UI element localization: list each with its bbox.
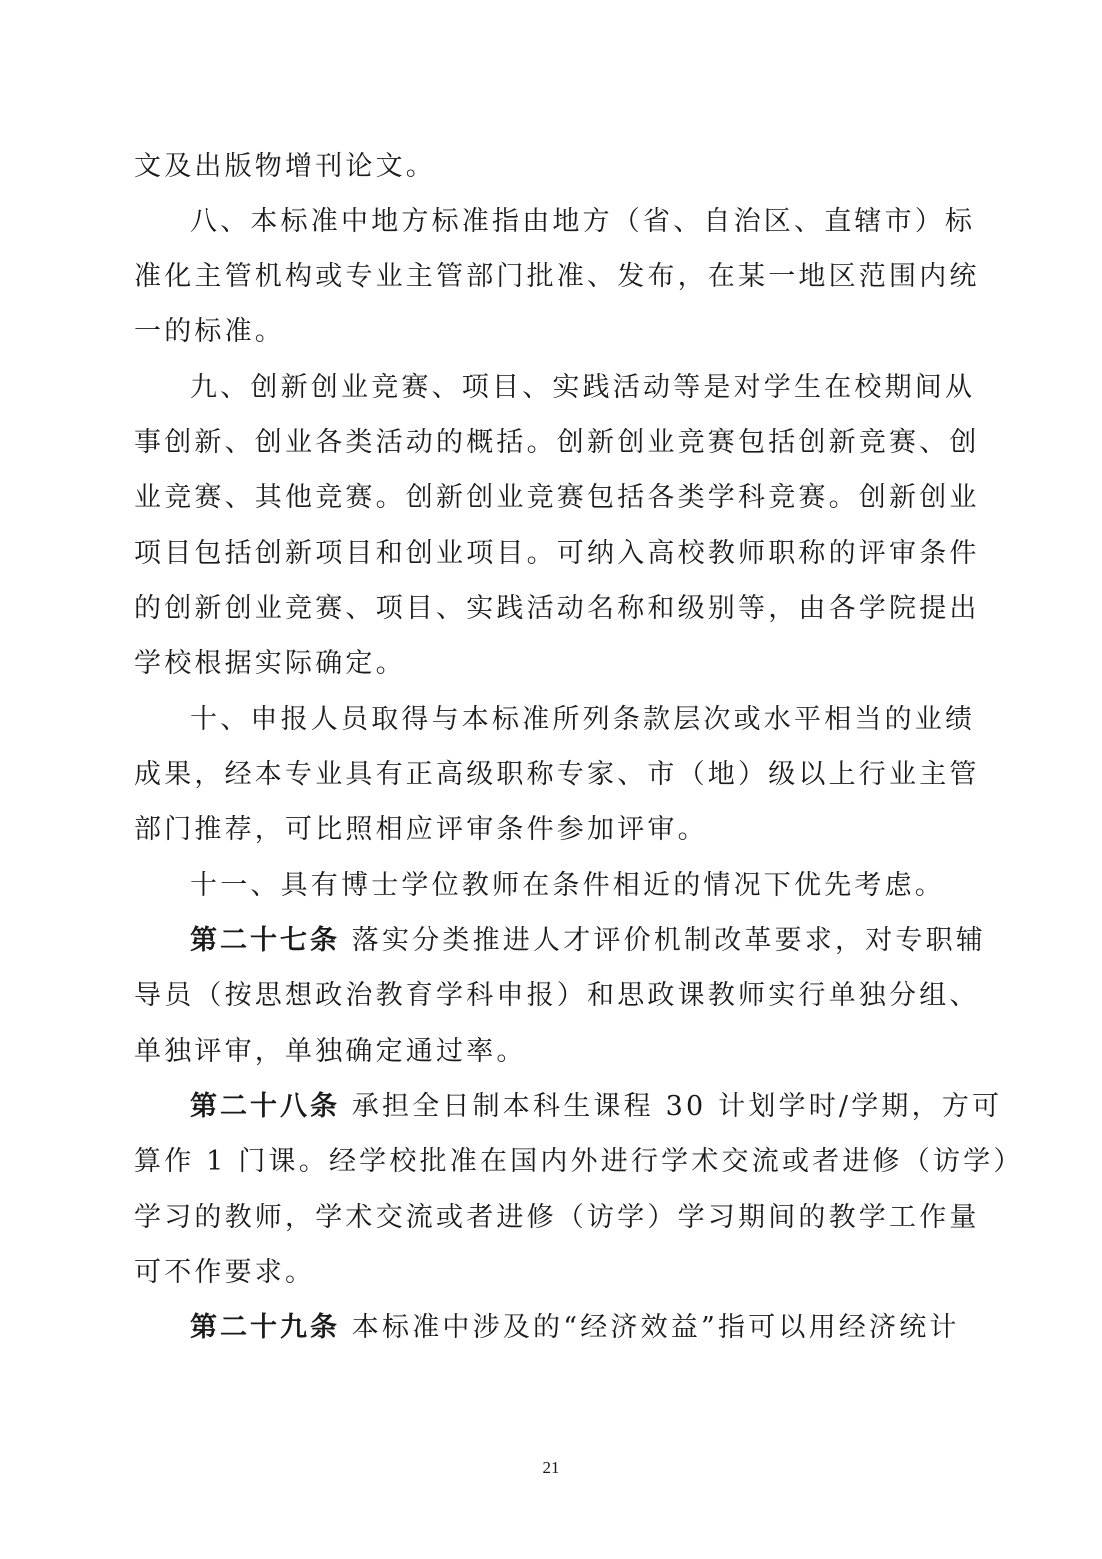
article-heading: 第二十九条 [190, 1312, 340, 1343]
text-line: 项目包括创新项目和创业项目。可纳入高校教师职称的评审条件 [134, 534, 980, 574]
text-line: 准化主管机构或专业主管部门批准、发布，在某一地区范围内统 [134, 257, 980, 297]
text-line: 一的标准。 [134, 312, 285, 352]
article-28: 第二十八条 承担全日制本科生课程 30 计划学时/学期，方可 [190, 1087, 1002, 1127]
text-line: 单独评审，单独确定通过率。 [134, 1032, 527, 1072]
article-29: 第二十九条 本标准中涉及的“经济效益”指可以用经济统计 [190, 1308, 960, 1348]
text-line: 文及出版物增刊论文。 [134, 147, 436, 187]
text-line: 业竞赛、其他竞赛。创新创业竞赛包括各类学科竞赛。创新创业 [134, 478, 980, 518]
text-line: 的创新创业竞赛、项目、实践活动名称和级别等，由各学院提出 [134, 589, 980, 629]
article-heading: 第二十八条 [190, 1091, 340, 1122]
text-line: 学习的教师，学术交流或者进修（访学）学习期间的教学工作量 [134, 1198, 980, 1238]
article-27: 第二十七条 落实分类推进人才评价机制改革要求，对专职辅 [190, 921, 986, 961]
text-line: 可不作要求。 [134, 1253, 315, 1293]
document-page: 文及出版物增刊论文。 八、本标准中地方标准指由地方（省、自治区、直辖市）标 准化… [0, 0, 1102, 1559]
text-line: 导员（按思想政治教育学科申报）和思政课教师实行单独分组、 [134, 976, 980, 1016]
text-line: 事创新、创业各类活动的概括。创新创业竞赛包括创新竞赛、创 [134, 423, 980, 463]
text-line: 成果，经本专业具有正高级职称专家、市（地）级以上行业主管 [134, 755, 980, 795]
text-line: 学校根据实际确定。 [134, 644, 406, 684]
article-text: 落实分类推进人才评价机制改革要求，对专职辅 [352, 925, 986, 956]
page-number: 21 [0, 1458, 1102, 1478]
text-line: 算作 1 门课。经学校批准在国内外进行学术交流或者进修（访学） [134, 1142, 1024, 1182]
article-heading: 第二十七条 [190, 925, 340, 956]
text-line: 部门推荐，可比照相应评审条件参加评审。 [134, 810, 708, 850]
clause-8-line: 八、本标准中地方标准指由地方（省、自治区、直辖市）标 [190, 202, 975, 242]
article-text: 承担全日制本科生课程 30 计划学时/学期，方可 [352, 1091, 1002, 1122]
clause-10-line: 十、申报人员取得与本标准所列条款层次或水平相当的业绩 [190, 700, 975, 740]
clause-11-line: 十一、具有博士学位教师在条件相近的情况下优先考虑。 [190, 866, 945, 906]
clause-9-line: 九、创新创业竞赛、项目、实践活动等是对学生在校期间从 [190, 368, 975, 408]
article-text: 本标准中涉及的“经济效益”指可以用经济统计 [352, 1312, 960, 1343]
